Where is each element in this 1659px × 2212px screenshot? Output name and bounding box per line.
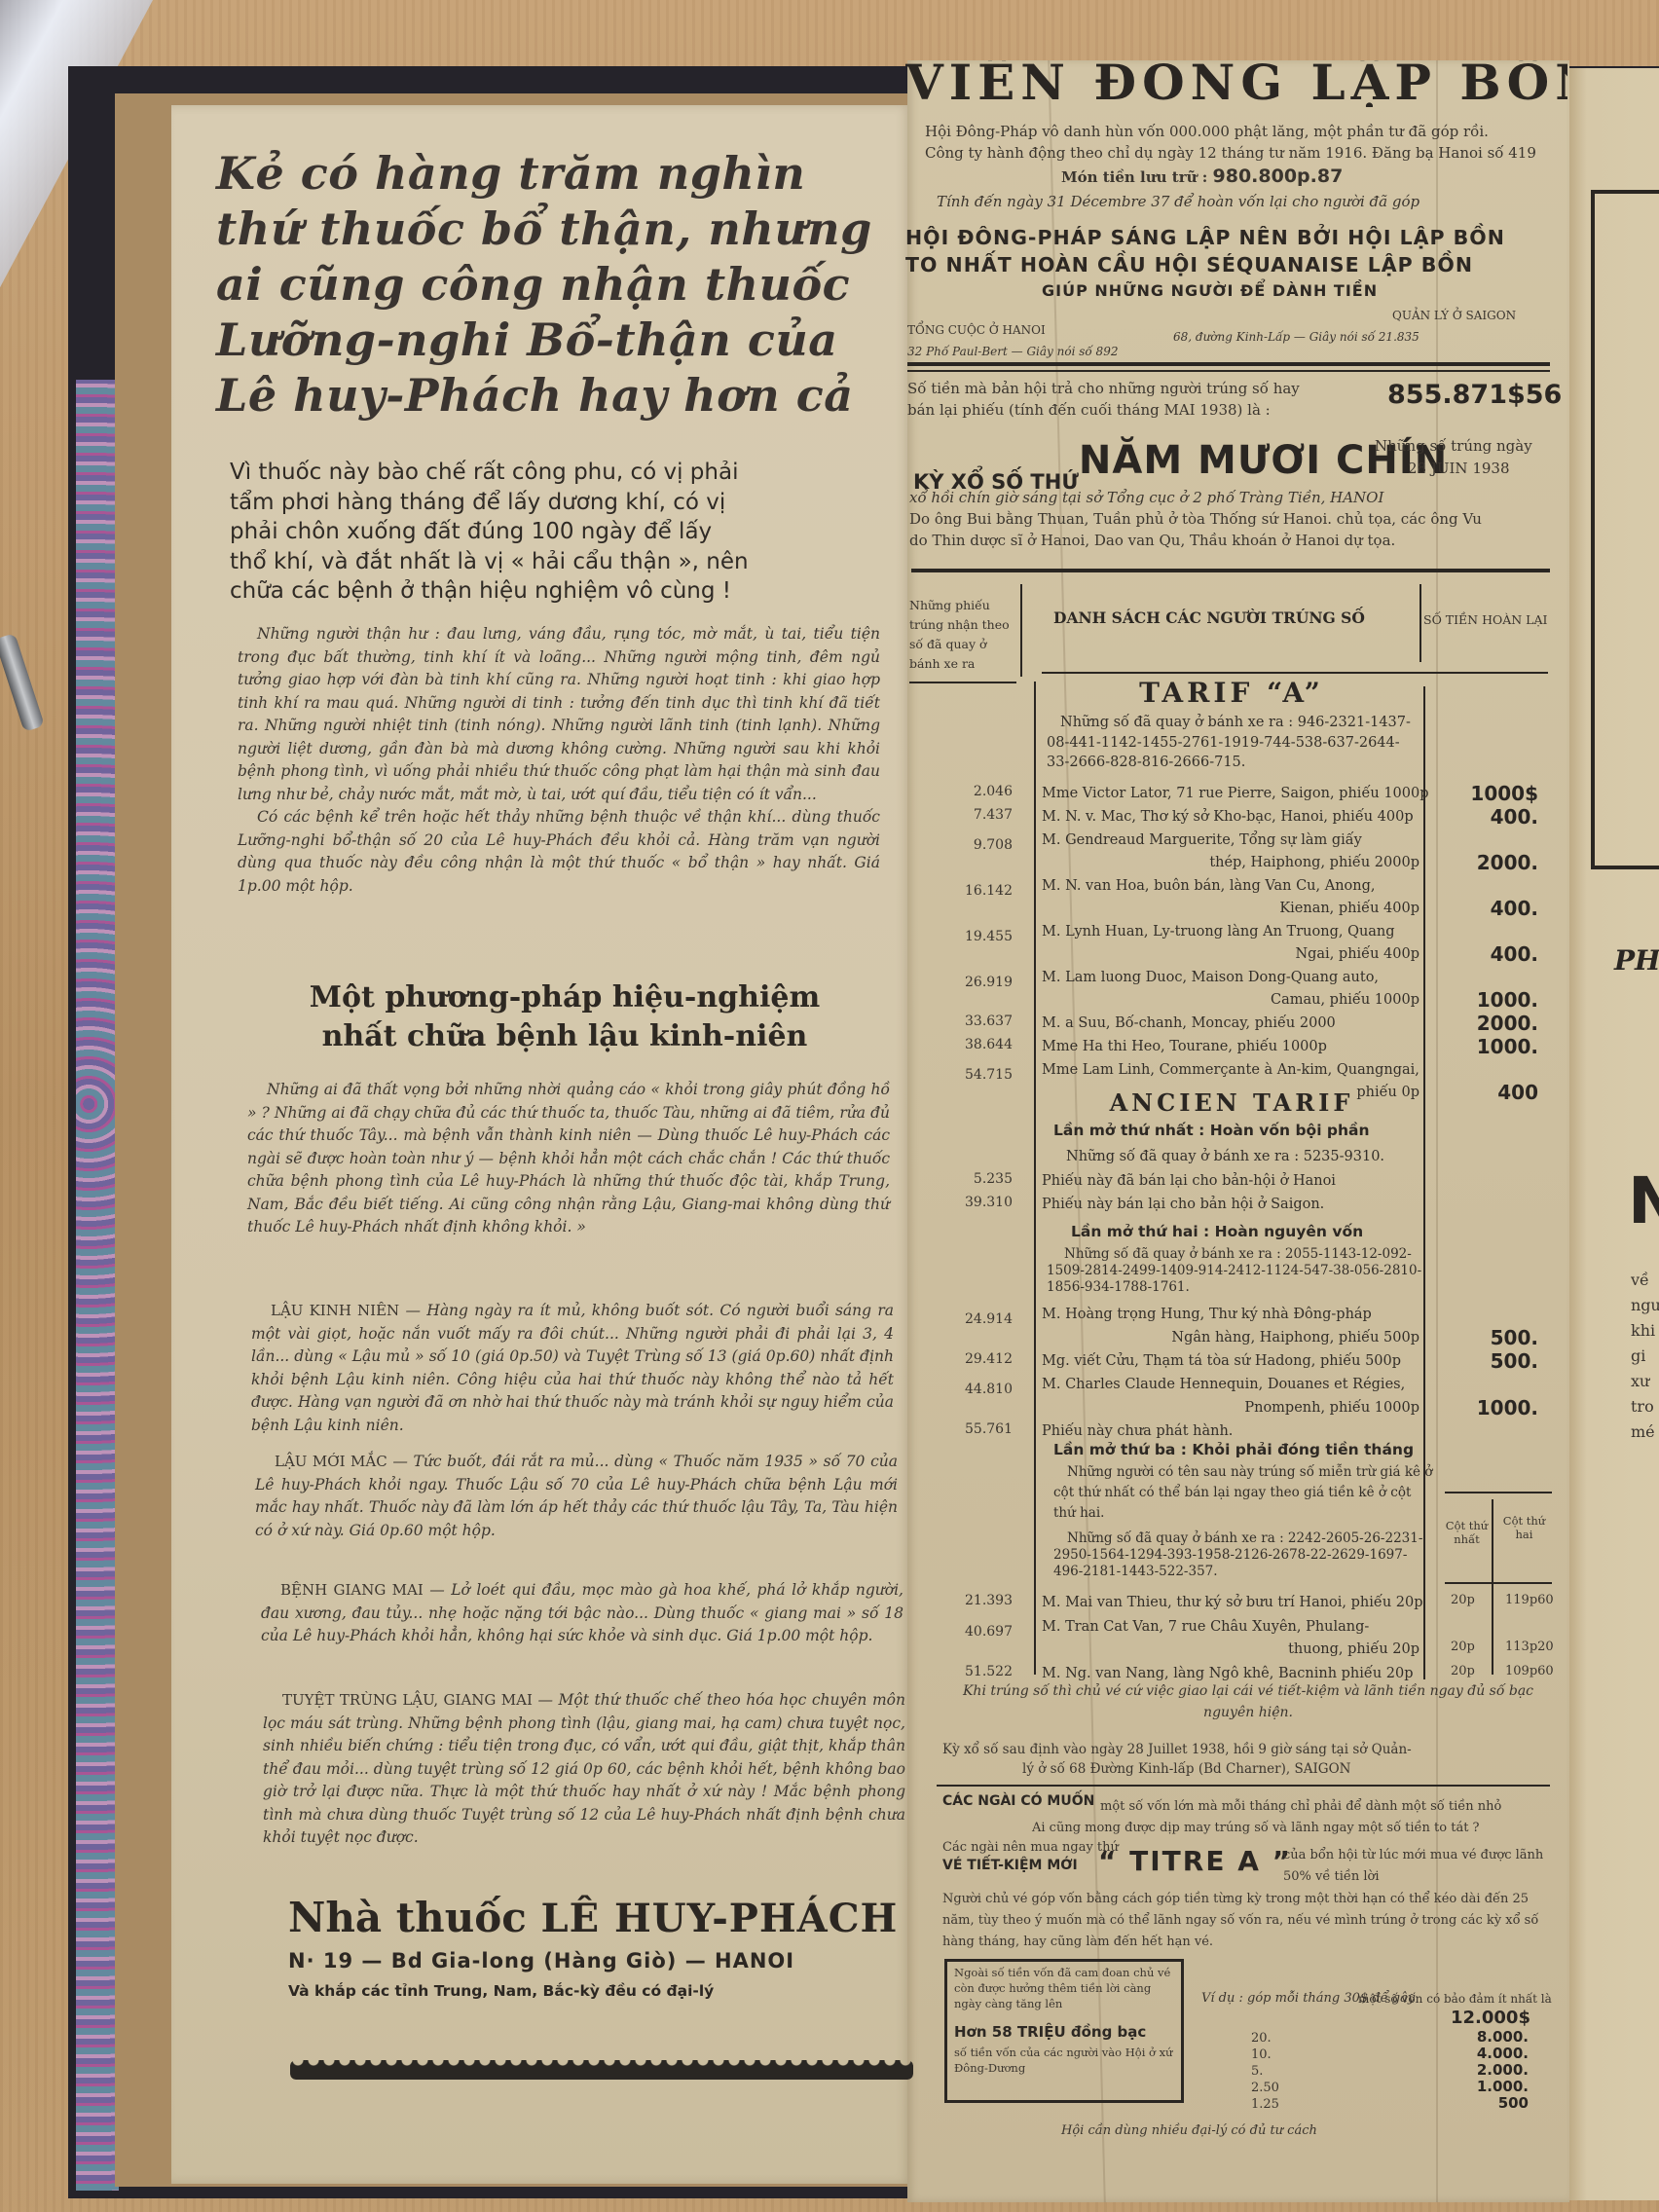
winner-entry-line: Kienan, phiếu 400p xyxy=(1042,899,1419,919)
next-draw-line: lý ở số 68 Đường Kinh-lấp (Bd Charner), … xyxy=(1022,1758,1350,1780)
section-label: LẬU MỚI MẮC xyxy=(275,1453,387,1470)
fragment-line: ngư xyxy=(1631,1293,1659,1318)
next-page-text-fragment: về ngư khi gi xư tro mé xyxy=(1631,1268,1659,1445)
savings-box-text: Ngoài số tiền vốn đã cam đoan chủ vé còn… xyxy=(954,1965,1173,2011)
saigon-office-address: 68, đường Kinh-Lấp — Giây nói số 21.835 xyxy=(1173,326,1419,348)
section-label: TUYỆT TRÙNG LẬU, GIANG MAI xyxy=(282,1691,533,1709)
reserve: Món tiền lưu trữ : 980.800p.87 xyxy=(1061,166,1343,188)
founders-line: HỘI ĐÔNG-PHÁP SÁNG LẬP NÊN BỞI HỘI LẬP B… xyxy=(905,224,1505,251)
winner-entry-line: M. N. van Hoa, buôn bán, làng Van Cu, An… xyxy=(1042,876,1376,897)
reserve-note: Tính đến ngày 31 Décembre 37 để hoàn vốn… xyxy=(937,191,1419,212)
example-capital: 2.000. xyxy=(1451,2061,1529,2079)
winning-ticket-number: 16.142 xyxy=(935,883,1013,899)
winning-ticket-number: 51.522 xyxy=(935,1664,1013,1679)
winning-ticket-number: 39.310 xyxy=(935,1195,1013,1210)
next-page-big-letter: N xyxy=(1628,1163,1659,1238)
refund-amount: 1000$ xyxy=(1460,782,1538,805)
example-capital: 12.000$ xyxy=(1451,2008,1529,2028)
winner-entry-line: Ngân hàng, Haiphong, phiếu 500p xyxy=(1042,1328,1419,1348)
winning-ticket-number: 2.046 xyxy=(935,784,1013,799)
hanoi-office-address: 32 Phố Paul-Bert — Giây nói số 892 xyxy=(907,341,1118,362)
lead-line: tẩm phơi hàng tháng để lấy dương khí, có… xyxy=(230,488,892,518)
rule xyxy=(1445,1582,1552,1584)
paid-text: bán lại phiếu (tính đến cuối tháng MAI 1… xyxy=(907,399,1271,421)
savings-ticket-label: VÉ TIẾT-KIỆM MỚI xyxy=(942,1858,1078,1873)
winning-note: Khi trúng số thì chủ vé cứ việc giao lại… xyxy=(946,1680,1550,1723)
example-capital: 500 xyxy=(1451,2094,1529,2112)
winning-ticket-number: 19.455 xyxy=(935,929,1013,944)
winner-entry-line: Mg. viết Cửu, Thạm tá tòa sứ Hadong, phi… xyxy=(1042,1351,1401,1372)
first-open-heading: Lần mở thứ nhất : Hoàn vốn bội phần xyxy=(1053,1122,1370,1139)
winning-ticket-number: 26.919 xyxy=(935,975,1013,990)
rule xyxy=(1445,1492,1552,1493)
intro-line: Hội Đông-Pháp vô danh hùn vốn 000.000 ph… xyxy=(925,121,1489,142)
draw-heading: KỲ XỔ SỐ THỨNĂM MƯƠI CHÍN xyxy=(913,438,1448,494)
winning-ticket-number: 29.412 xyxy=(935,1351,1013,1367)
draw-desc-line: Do ông Bui bằng Thuan, Tuần phủ ở tòa Th… xyxy=(909,508,1482,530)
savings-heading: CÁC NGÀI CÓ MUỐN xyxy=(942,1793,1094,1809)
winner-entry-line: M. Charles Claude Hennequin, Douanes et … xyxy=(1042,1375,1405,1395)
winner-entry-line: Phiếu này chưa phát hành. xyxy=(1042,1421,1233,1442)
savings-right-text: của bổn hội từ lúc mới mua vé được lãnh … xyxy=(1283,1845,1551,1888)
winner-entry-line: Pnompenh, phiếu 1000p xyxy=(1042,1398,1419,1419)
col1-header: Cột thứ nhất xyxy=(1445,1519,1489,1546)
col-divider xyxy=(1020,584,1022,677)
kidney-symptoms-paragraph: Những người thận hư : đau lưng, váng đầu… xyxy=(238,623,880,898)
savings-text: một số vốn lớn mà mỗi tháng chỉ phải để … xyxy=(1100,1796,1501,1818)
headline-line: Lê huy-Phách hay hơn cả xyxy=(216,368,888,424)
headline-line: thứ thuốc bổ thận, nhưng xyxy=(216,202,888,257)
winner-entry-line: M. Gendreaud Marguerite, Tổng sự làm giấ… xyxy=(1042,830,1362,851)
savings-buy-line: Các ngài nên mua ngay thứ xyxy=(942,1837,1119,1859)
chronic-intro-paragraph: Những ai đã thất vọng bởi những nhời quả… xyxy=(247,1079,890,1239)
rule xyxy=(911,569,1550,572)
section-text: — Một thứ thuốc chế theo hóa học chuyên … xyxy=(263,1691,905,1846)
winner-entry-line: M. N. v. Mac, Thơ ký sở Kho-bạc, Hanoi, … xyxy=(1042,807,1414,828)
marbled-binding xyxy=(76,380,119,2191)
section-antiseptic: TUYỆT TRÙNG LẬU, GIANG MAI — Một thứ thu… xyxy=(263,1689,905,1850)
pharmacy-name: LÊ HUY-PHÁCH xyxy=(540,1896,898,1941)
paragraph-text: Những người thận hư : đau lưng, váng đầu… xyxy=(238,623,880,806)
section-label: LẬU KINH NIÊN xyxy=(271,1302,399,1319)
column-one-value: 20p xyxy=(1451,1664,1475,1678)
draw-desc-line: xổ hồi chín giờ sáng tại sở Tổng cục ở 2… xyxy=(909,487,1383,508)
refund-amount: 400. xyxy=(1460,897,1538,920)
ad-lead-paragraph: Vì thuốc này bào chế rất công phu, có vị… xyxy=(230,458,892,607)
next-page-heading-fragment: PH xyxy=(1614,944,1659,977)
example-capital: 4.000. xyxy=(1451,2045,1529,2062)
fragment-line: tro xyxy=(1631,1394,1659,1419)
refund-amount: 400 xyxy=(1460,1081,1538,1104)
winner-entry-line: M. Lynh Huan, Ly-truong làng An Truong, … xyxy=(1042,922,1395,942)
lead-line: Vì thuốc này bào chế rất công phu, có vị… xyxy=(230,458,892,488)
winner-entry-line: M. Ng. van Nang, làng Ngô khê, Bacninh p… xyxy=(1042,1664,1414,1684)
refund-amount: 400. xyxy=(1460,805,1538,829)
founders-line: GIÚP NHỮNG NGƯỜI ĐỂ DÀNH TIỀN xyxy=(1042,277,1378,305)
winner-entry-line: Mme Victor Lator, 71 rue Pierre, Saigon,… xyxy=(1042,784,1429,804)
reserve-label: Món tiền lưu trữ : xyxy=(1061,168,1207,186)
headline-line: Kẻ có hàng trăm nghìn xyxy=(216,146,888,202)
fragment-line: xư xyxy=(1631,1369,1659,1394)
winning-ticket-number: 9.708 xyxy=(935,837,1013,853)
refund-amount: 2000. xyxy=(1460,851,1538,874)
draw-date: 28 JUIN 1938 xyxy=(1408,458,1510,479)
paid-text: Số tiền mà bản hội trả cho những người t… xyxy=(907,378,1300,399)
winner-entry-line: Mme Ha thi Heo, Tourane, phiếu 1000p xyxy=(1042,1037,1327,1057)
winning-ticket-number: 40.697 xyxy=(935,1624,1013,1640)
savings-box-highlight: Hơn 58 TRIỆU đồng bạc xyxy=(954,2023,1146,2041)
refund-amount: 500. xyxy=(1460,1349,1538,1373)
refund-amount: 400. xyxy=(1460,942,1538,966)
tarif-a-title: TARIF “A” xyxy=(1042,677,1421,709)
winner-entry-line: M. Lam luong Duoc, Maison Dong-Quang aut… xyxy=(1042,968,1379,988)
winning-ticket-number: 33.637 xyxy=(935,1014,1013,1029)
winner-entry-line: Camau, phiếu 1000p xyxy=(1042,990,1419,1011)
pharmacy-brand: Nhà thuốc LÊ HUY-PHÁCH xyxy=(288,1894,911,1941)
example-capital: 8.000. xyxy=(1451,2028,1529,2046)
winner-entry-line: thép, Haiphong, phiếu 2000p xyxy=(1042,853,1419,873)
third-open-desc: Những người có tên sau này trúng số miễn… xyxy=(1053,1462,1433,1524)
fragment-line: mé xyxy=(1631,1419,1659,1445)
company-banner: VIÊN ĐÔNG LẬP BỒN xyxy=(905,60,1567,107)
savings-footer: Hội cần dùng nhiều đại-lý có đủ tư cách xyxy=(1061,2120,1317,2142)
intro-line: Công ty hành động theo chỉ dụ ngày 12 th… xyxy=(925,142,1536,164)
winning-ticket-number: 38.644 xyxy=(935,1037,1013,1052)
winning-ticket-number: 54.715 xyxy=(935,1067,1013,1083)
lead-line: phải chôn xuống đất đúng 100 ngày để lấy xyxy=(230,517,892,547)
chronic-gonorrhea-subheading: Một phương-pháp hiệu-nghiệm nhất chữa bệ… xyxy=(292,978,837,1056)
column-two-value: 113p20 xyxy=(1505,1640,1554,1654)
tarif-a-drawn-numbers: Những số đã quay ở bánh xe ra : 946-2321… xyxy=(1047,713,1421,773)
next-page-box xyxy=(1591,190,1659,869)
section-label: BỆNH GIANG MAI xyxy=(280,1581,424,1599)
titre-a-label: “ TITRE A ” xyxy=(1098,1845,1292,1877)
winning-ticket-number: 5.235 xyxy=(935,1171,1013,1187)
second-open-numbers: Những số đã quay ở bánh xe ra : 2055-114… xyxy=(1047,1246,1426,1296)
column-one-value: 20p xyxy=(1451,1593,1475,1607)
winner-entry-line: Phiếu này bán lại cho bản hội ở Saigon. xyxy=(1042,1195,1324,1215)
winner-entry-line: M. Mai van Thieu, thư ký sở bưu trí Hano… xyxy=(1042,1593,1423,1613)
hanoi-office-label: TỔNG CUỘC Ở HANOI xyxy=(907,319,1046,341)
refund-amount: 500. xyxy=(1460,1326,1538,1349)
paid-amount: 855.871$56 xyxy=(1387,380,1562,410)
savings-text: Ai cũng mong được dịp may trúng số và lã… xyxy=(1032,1818,1480,1839)
pharmacy-agents: Và khắp các tỉnh Trung, Nam, Bắc-kỳ đều … xyxy=(288,1982,911,2000)
next-draw-line: Kỳ xổ số sau định vào ngày 28 Juillet 19… xyxy=(942,1739,1412,1760)
fragment-line: về xyxy=(1631,1268,1659,1293)
rule xyxy=(909,682,1016,683)
refund-amount: 1000. xyxy=(1460,1396,1538,1419)
rule xyxy=(907,362,1550,366)
pharmacy-address: N· 19 — Bd Gia-long (Hàng Giò) — HANOI xyxy=(288,1949,911,1972)
third-open-heading: Lần mở thứ ba : Khỏi phải đóng tiền thán… xyxy=(1053,1441,1414,1458)
rule xyxy=(907,370,1550,372)
winner-entry-line: M. a Suu, Bố-chanh, Moncay, phiếu 2000 xyxy=(1042,1014,1336,1034)
refund-amount: 1000. xyxy=(1460,1035,1538,1058)
headline-line: ai cũng công nhận thuốc xyxy=(216,257,888,313)
rule xyxy=(1042,672,1548,674)
first-open-numbers: Những số đã quay ở bánh xe ra : 5235-931… xyxy=(1066,1147,1384,1167)
rule xyxy=(937,1785,1550,1787)
col-header-refund: SỐ TIỀN HOÀN LẠI xyxy=(1423,610,1547,630)
column-one-value: 20p xyxy=(1451,1640,1475,1654)
col-header-tickets: Những phiếu trúng nhận theo số đã quay ở… xyxy=(909,596,1016,674)
winner-entry-line: phiếu 0p xyxy=(1042,1083,1419,1103)
example-capital: 1.000. xyxy=(1451,2078,1529,2095)
winner-entry-line: M. Tran Cat Van, 7 rue Châu Xuyên, Phula… xyxy=(1042,1617,1369,1638)
example-note: một số vốn có bảo đảm ít nhất là xyxy=(1358,1988,1552,2009)
winning-ticket-number: 21.393 xyxy=(935,1593,1013,1608)
savings-left-text: Người chủ vé góp vốn bằng cách góp tiền … xyxy=(942,1889,1551,1953)
example-monthly: 1.25 xyxy=(1251,2094,1279,2116)
column-two-value: 119p60 xyxy=(1505,1593,1554,1607)
winning-ticket-number: 55.761 xyxy=(935,1421,1013,1437)
winner-entry-line: thuong, phiếu 20p xyxy=(1042,1640,1419,1660)
winner-entry-line: Phiếu này đã bán lại cho bản-hội ở Hanoi xyxy=(1042,1171,1336,1192)
col-header-winners: DANH SÁCH CÁC NGƯỜI TRÚNG SỐ xyxy=(1053,608,1365,627)
column-two-value: 109p60 xyxy=(1505,1664,1554,1678)
lead-line: thổ khí, và đắt nhất là vị « hải cẩu thậ… xyxy=(230,547,892,577)
col-divider xyxy=(1034,682,1036,1675)
third-open-numbers: Những số đã quay ở bánh xe ra : 2242-260… xyxy=(1053,1530,1433,1580)
reserve-amount: 980.800p.87 xyxy=(1213,166,1344,187)
draw-desc-line: do Thin dược sĩ ở Hanoi, Dao van Qu, Thầ… xyxy=(909,530,1395,551)
winning-ticket-number: 44.810 xyxy=(935,1382,1013,1397)
subheading-line: nhất chữa bệnh lậu kinh-niên xyxy=(292,1017,837,1056)
winning-ticket-number: 7.437 xyxy=(935,807,1013,823)
section-new-infection: LẬU MỚI MẮC — Tức buốt, đái rắt ra mủ...… xyxy=(255,1451,898,1542)
headline-line: Lưỡng-nghi Bổ-thận của xyxy=(216,313,888,368)
ad-headline: Kẻ có hàng trăm nghìn thứ thuốc bổ thận,… xyxy=(216,146,888,424)
founders-line: TO NHẤT HOÀN CẦU HỘI SÉQUANAISE LẬP BỒN xyxy=(905,251,1473,278)
refund-amount: 2000. xyxy=(1460,1012,1538,1035)
second-open-heading: Lần mở thứ hai : Hoàn nguyên vốn xyxy=(1071,1223,1363,1240)
saigon-office-label: QUẢN LÝ Ở SAIGON xyxy=(1392,305,1516,326)
winner-entry-line: Mme Lam Linh, Commerçante à An-kim, Quan… xyxy=(1042,1060,1419,1081)
savings-box-footer: số tiền vốn của các người vào Hội ở xứ Đ… xyxy=(954,2045,1173,2076)
col-divider xyxy=(1492,1499,1493,1675)
fragment-line: khi xyxy=(1631,1318,1659,1344)
fragment-line: gi xyxy=(1631,1344,1659,1369)
refund-amount: 1000. xyxy=(1460,988,1538,1012)
col-divider xyxy=(1419,584,1421,662)
lead-line: chữa các bệnh ở thận hiệu nghiệm vô cùng… xyxy=(230,576,892,607)
winning-ticket-number: 24.914 xyxy=(935,1311,1013,1327)
decorative-wavy-rule xyxy=(290,2060,913,2080)
section-syphilis: BỆNH GIANG MAI — Lở loét qui đầu, mọc mà… xyxy=(261,1579,903,1648)
paragraph-text: Có các bệnh kể trên hoặc hết thảy những … xyxy=(238,806,880,898)
section-chronic: LẬU KINH NIÊN — Hàng ngày ra ít mủ, khôn… xyxy=(251,1300,894,1437)
draw-date-label: Những số trúng ngày xyxy=(1375,435,1532,457)
subheading-line: Một phương-pháp hiệu-nghiệm xyxy=(292,978,837,1017)
winner-entry-line: Ngai, phiếu 400p xyxy=(1042,944,1419,965)
col2-header: Cột thứ hai xyxy=(1497,1514,1551,1541)
section-text: — Hàng ngày ra ít mủ, không buốt sót. Có… xyxy=(251,1302,894,1434)
winner-entry-line: M. Hoàng trọng Hung, Thư ký nhà Đông-phá… xyxy=(1042,1305,1372,1325)
pharmacy-prefix: Nhà thuốc xyxy=(288,1894,527,1941)
